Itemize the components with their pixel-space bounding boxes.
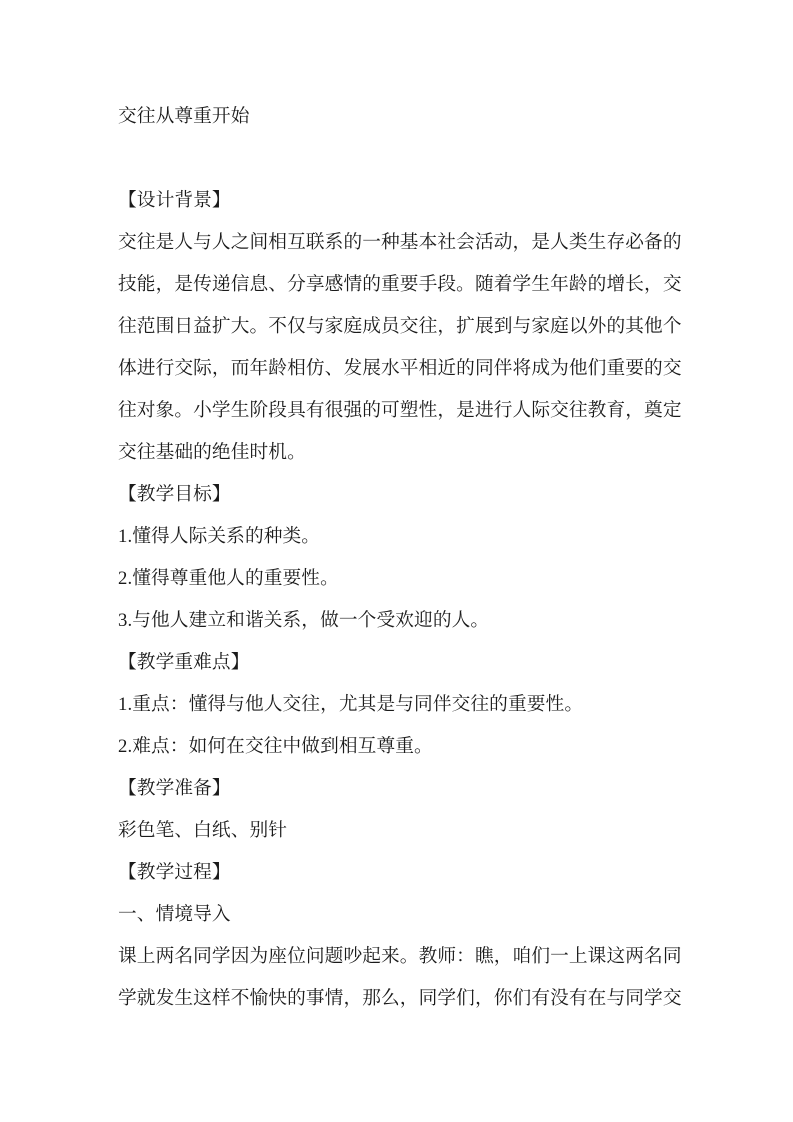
- text-line: 往范围日益扩大。不仅与家庭成员交往，扩展到与家庭以外的其他个: [118, 306, 698, 348]
- text-line: 2.难点：如何在交往中做到相互尊重。: [118, 726, 698, 768]
- text-line: 学就发生这样不愉快的事情，那么，同学们，你们有没有在与同学交: [118, 978, 698, 1020]
- text-line: 往对象。小学生阶段具有很强的可塑性，是进行人际交往教育，奠定: [118, 390, 698, 432]
- text-line: 2.懂得尊重他人的重要性。: [118, 558, 698, 600]
- text-line: 课上两名同学因为座位问题吵起来。教师：瞧，咱们一上课这两名同: [118, 936, 698, 978]
- section-heading-teaching-preparation: 【教学准备】: [118, 768, 698, 810]
- text-line: 交往基础的绝佳时机。: [118, 432, 698, 474]
- text-line: 3.与他人建立和谐关系，做一个受欢迎的人。: [118, 600, 698, 642]
- text-line: 体进行交际，而年龄相仿、发展水平相近的同伴将成为他们重要的交: [118, 348, 698, 390]
- section-heading-key-difficulties: 【教学重难点】: [118, 642, 698, 684]
- section-heading-teaching-goals: 【教学目标】: [118, 474, 698, 516]
- blank-line: [118, 138, 698, 180]
- document-body: 交往从尊重开始 【设计背景】 交往是人与人之间相互联系的一种基本社会活动，是人类…: [118, 96, 698, 1020]
- text-line: 1.重点：懂得与他人交往，尤其是与同伴交往的重要性。: [118, 684, 698, 726]
- document-page: 交往从尊重开始 【设计背景】 交往是人与人之间相互联系的一种基本社会活动，是人类…: [0, 0, 793, 1122]
- text-line: 一、情境导入: [118, 894, 698, 936]
- section-heading-teaching-process: 【教学过程】: [118, 852, 698, 894]
- text-line: 1.懂得人际关系的种类。: [118, 516, 698, 558]
- document-title: 交往从尊重开始: [118, 96, 698, 138]
- text-line: 技能，是传递信息、分享感情的重要手段。随着学生年龄的增长，交: [118, 264, 698, 306]
- section-heading-design-background: 【设计背景】: [118, 180, 698, 222]
- text-line: 彩色笔、白纸、别针: [118, 810, 698, 852]
- text-line: 交往是人与人之间相互联系的一种基本社会活动，是人类生存必备的: [118, 222, 698, 264]
